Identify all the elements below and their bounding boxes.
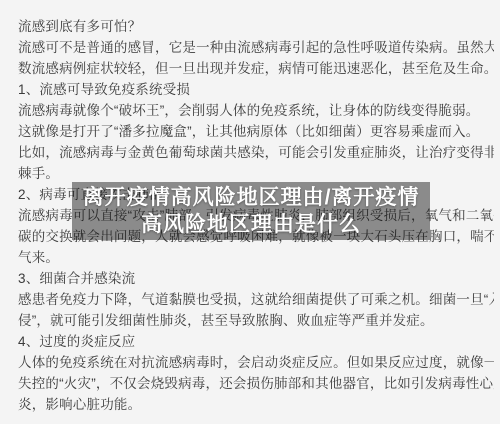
article-line: 流感可不是普通的感冒，它是一种由流感病毒引起的急性呼吸道传染病。虽然大多: [18, 37, 494, 58]
article-line: 流感到底有多可怕？: [18, 16, 494, 37]
article-page: 流感到底有多可怕？流感可不是普通的感冒，它是一种由流感病毒引起的急性呼吸道传染病…: [0, 0, 500, 424]
article-line: 人体的免疫系统在对抗流感病毒时，会启动炎症反应。但如果反应过度，就像一场: [18, 352, 494, 373]
article-line: 失控的“火灾”，不仅会烧毁病毒，还会损伤肺部和其他器官，比如引发病毒性心肌: [18, 373, 494, 394]
article-line: 棘手。: [18, 163, 494, 184]
article-line: 4、过度的炎症反应: [18, 331, 494, 352]
watermark-title-line: 离开疫情高风险地区理由/离开疫情: [83, 184, 420, 211]
watermark-title-line: 高风险地区理由是什么: [141, 211, 361, 238]
article-line: 炎，影响心脏功能。: [18, 394, 494, 415]
article-line: 3、细菌合并感染流: [18, 268, 494, 289]
article-line: 气来。: [18, 247, 494, 268]
article-line: 流感病毒就像个“破坏王”，会削弱人体的免疫系统，让身体的防线变得脆弱。: [18, 100, 494, 121]
article-line: 这就像是打开了“潘多拉魔盒”，让其他病原体（比如细菌）更容易乘虚而入。: [18, 121, 494, 142]
article-line: 感患者免疫力下降，气道黏膜也受损，这就给细菌提供了可乘之机。细菌一旦“入: [18, 289, 494, 310]
article-line: 1、流感可导致免疫系统受损: [18, 79, 494, 100]
article-line: 侵”，就可能引发细菌性肺炎，甚至导致脓胸、败血症等严重并发症。: [18, 310, 494, 331]
article-line: 数流感病例症状较轻，但一旦出现并发症，病情可能迅速恶化，甚至危及生命。: [18, 58, 494, 79]
watermark-overlay-band: 离开疫情高风险地区理由/离开疫情高风险地区理由是什么: [72, 182, 430, 240]
article-line: 比如，流感病毒与金黄色葡萄球菌共感染，可能会引发重症肺炎，让治疗变得非常: [18, 142, 494, 163]
